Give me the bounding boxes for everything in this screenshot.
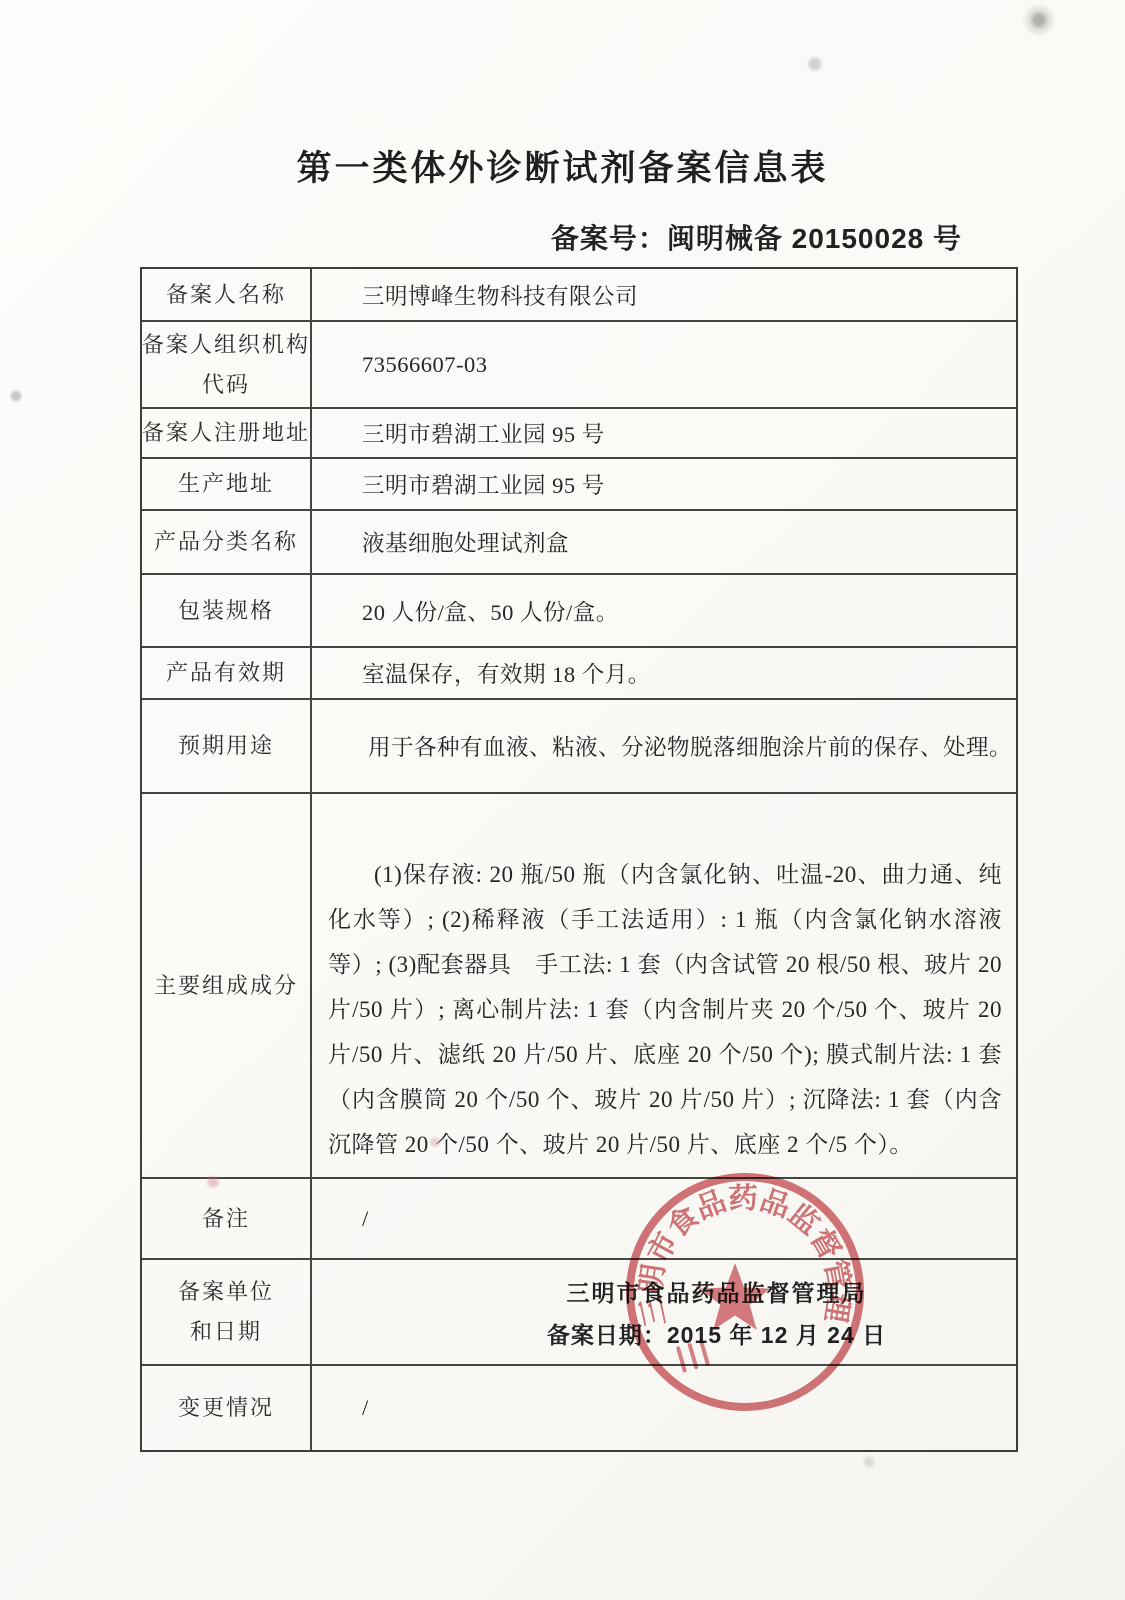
- row-value: 20 人份/盒、50 人份/盒。: [312, 575, 1016, 646]
- row-label-line2: 和日期: [190, 1312, 262, 1352]
- table-row: 备案单位 和日期 三明市食品药品监督管理局 备案日期：2015 年 12 月 2…: [142, 1258, 1016, 1364]
- table-row: 预期用途 用于各种有血液、粘液、分泌物脱落细胞涂片前的保存、处理。: [142, 698, 1016, 792]
- row-label: 备注: [142, 1179, 312, 1258]
- table-row: 备注 /: [142, 1177, 1016, 1258]
- row-value: 用于各种有血液、粘液、分泌物脱落细胞涂片前的保存、处理。: [312, 700, 1016, 792]
- row-label: 预期用途: [142, 700, 312, 792]
- row-label: 产品有效期: [142, 648, 312, 698]
- record-number-value: 闽明械备 20150028 号: [667, 223, 962, 254]
- row-value: 液基细胞处理试剂盒: [312, 511, 1016, 573]
- row-label: 备案人组织机构 代码: [142, 322, 312, 407]
- row-label-line2: 代码: [202, 365, 250, 405]
- row-label: 包装规格: [142, 575, 312, 646]
- table-row: 生产地址 三明市碧湖工业园 95 号: [142, 457, 1016, 509]
- row-label: 生产地址: [142, 459, 312, 509]
- row-value: 三明博峰生物科技有限公司: [312, 269, 1016, 320]
- scanned-document-page: 第一类体外诊断试剂备案信息表 备案号：闽明械备 20150028 号 备案人名称…: [0, 0, 1125, 1600]
- table-row: 备案人注册地址 三明市碧湖工业园 95 号: [142, 407, 1016, 457]
- row-label-line1: 备案人组织机构: [142, 325, 310, 365]
- table-row: 包装规格 20 人份/盒、50 人份/盒。: [142, 573, 1016, 646]
- table-row: 备案人组织机构 代码 73566607-03: [142, 320, 1016, 407]
- table-row: 主要组成成分 (1)保存液: 20 瓶/50 瓶（内含氯化钠、吐温-20、曲力通…: [142, 792, 1016, 1177]
- row-label: 产品分类名称: [142, 511, 312, 573]
- row-value: 三明市碧湖工业园 95 号: [312, 459, 1016, 509]
- filing-authority: 三明市食品药品监督管理局: [567, 1275, 867, 1308]
- record-number: 备案号：闽明械备 20150028 号: [551, 217, 962, 257]
- scan-speckle: [10, 388, 22, 404]
- row-label: 备案人注册地址: [142, 409, 312, 457]
- row-label: 备案人名称: [142, 269, 312, 320]
- page-title: 第一类体外诊断试剂备案信息表: [0, 141, 1125, 191]
- record-number-label: 备案号：: [551, 223, 667, 254]
- scan-speckle: [862, 1455, 876, 1469]
- row-label: 主要组成成分: [142, 794, 312, 1177]
- row-value: (1)保存液: 20 瓶/50 瓶（内含氯化钠、吐温-20、曲力通、纯化水等）;…: [312, 794, 1016, 1177]
- table-row: 产品分类名称 液基细胞处理试剂盒: [142, 509, 1016, 573]
- row-value: /: [312, 1179, 1016, 1258]
- row-value: 三明市食品药品监督管理局 备案日期：2015 年 12 月 24 日: [312, 1260, 1016, 1364]
- table-row: 备案人名称 三明博峰生物科技有限公司: [142, 269, 1016, 320]
- table-row: 产品有效期 室温保存，有效期 18 个月。: [142, 646, 1016, 698]
- row-label: 变更情况: [142, 1366, 312, 1450]
- row-value: 三明市碧湖工业园 95 号: [312, 409, 1016, 457]
- table-row: 变更情况 /: [142, 1364, 1016, 1450]
- scan-speckle: [1022, 2, 1056, 38]
- filing-table: 备案人名称 三明博峰生物科技有限公司 备案人组织机构 代码 73566607-0…: [140, 267, 1018, 1452]
- row-label-line1: 备案单位: [178, 1272, 274, 1312]
- row-value: /: [312, 1366, 1016, 1450]
- row-value: 73566607-03: [312, 322, 1016, 407]
- filing-date: 备案日期：2015 年 12 月 24 日: [547, 1317, 886, 1350]
- scan-speckle: [806, 55, 824, 73]
- row-label: 备案单位 和日期: [142, 1260, 312, 1364]
- row-value: 室温保存，有效期 18 个月。: [312, 648, 1016, 698]
